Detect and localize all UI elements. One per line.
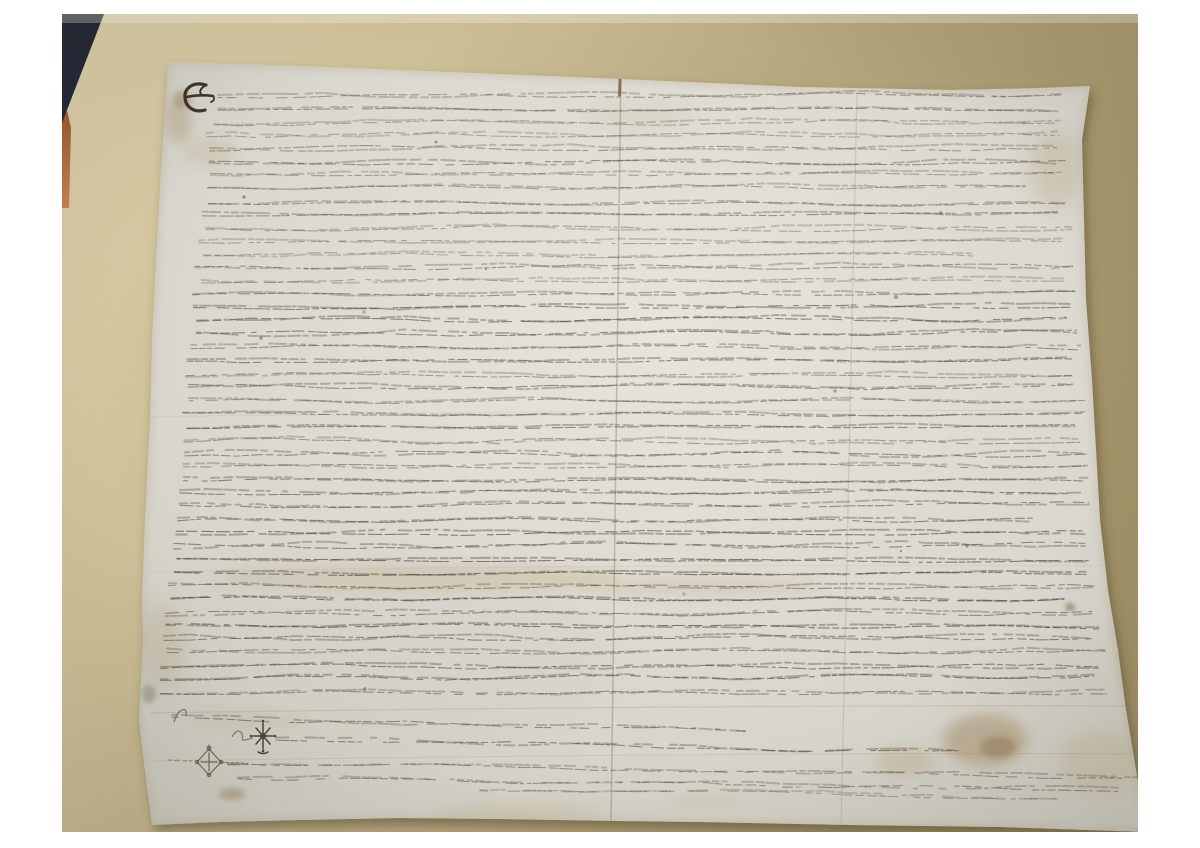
scanned-page [0, 0, 1200, 848]
document-photo [0, 0, 1200, 848]
photo-vignette [62, 14, 1138, 832]
